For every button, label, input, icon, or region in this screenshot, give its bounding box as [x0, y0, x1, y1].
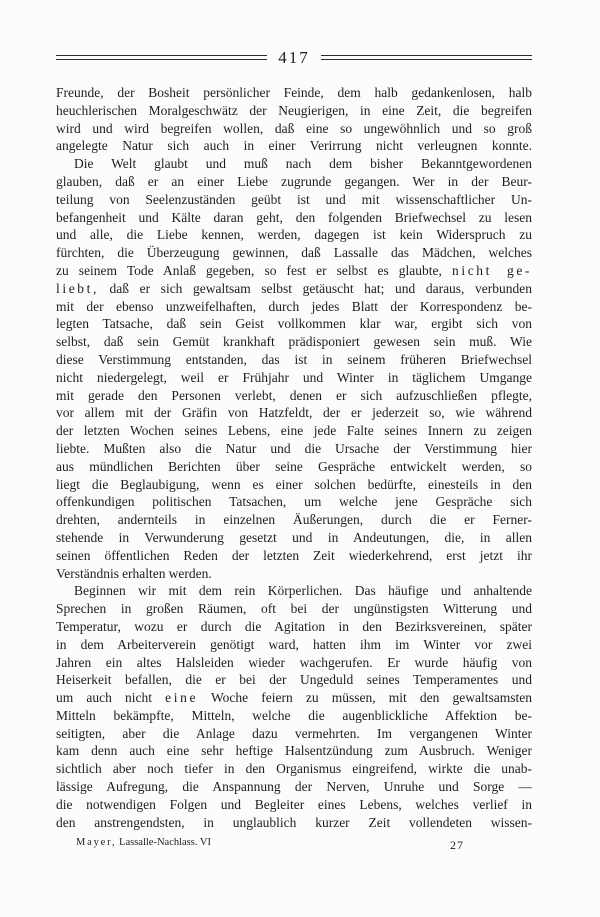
text-line: zu seinem Tode Anlaß gegeben, so fest er… [56, 262, 532, 280]
text-line: heuchlerischen Moralgeschwätz der Neugie… [56, 102, 532, 120]
text-line: fürchten, die Überzeugung gewinnen, daß … [56, 244, 532, 262]
text-line: diese Verstimmung entstanden, das ist in… [56, 351, 532, 369]
text-line: kam denn auch eine sehr heftige Halsentz… [56, 742, 532, 760]
header-rule-right [321, 55, 532, 60]
text-line: der letzten Wochen seines Lebens, eine j… [56, 422, 532, 440]
text-line: teilung von Seelenzuständen geübt ist un… [56, 191, 532, 209]
text-line: glauben, daß er an einer Liebe zugrunde … [56, 173, 532, 191]
text-line: angelegte Natur sich auch in einer Verir… [56, 137, 532, 155]
text-line: mit gerade den Personen verlebt, denen e… [56, 387, 532, 405]
text-line: selbst, daß sein Gemüt krankhaft prädisp… [56, 333, 532, 351]
page-header: 417 [56, 46, 532, 68]
text-line: liebt, daß er sich gewaltsam selbst getä… [56, 280, 532, 298]
text-line: vor allem mit der Gräfin von Hatzfeldt, … [56, 404, 532, 422]
page-number: 417 [278, 47, 310, 69]
text-line: Temperatur, wozu er durch die Agitation … [56, 618, 532, 636]
text-line: seinen öffentlichen Reden der letzten Ze… [56, 547, 532, 565]
footer-author: Mayer, [76, 837, 116, 848]
text-line: Freunde, der Bosheit persönlicher Feinde… [56, 84, 532, 102]
text-line: nicht niedergelegt, weil er Frühjahr und… [56, 369, 532, 387]
text-line: Sprechen in großen Räumen, oft bei der u… [56, 600, 532, 618]
paragraph: Beginnen wir mit dem rein Körperlichen. … [56, 582, 532, 831]
signature-line: Mayer, Lassalle-Nachlass. VI [76, 837, 211, 848]
body-text: Freunde, der Bosheit persönlicher Feinde… [56, 84, 532, 831]
text-line: lässige Aufregung, die Anspannung der Ne… [56, 778, 532, 796]
text-line: wird und wird begreifen wollen, daß eine… [56, 120, 532, 138]
text-line: Die Welt glaubt und muß nach dem bisher … [56, 155, 532, 173]
letterspaced-emphasis: nicht ge- [452, 263, 532, 278]
text-line: seitigten, aber die Anlage dazu vermehrt… [56, 725, 532, 743]
text-line: Heiserkeit befallen, die er bei der Unge… [56, 671, 532, 689]
text-line: Beginnen wir mit dem rein Körperlichen. … [56, 582, 532, 600]
text-line: liebte. Mußten also die Natur und die Ur… [56, 440, 532, 458]
text-line: und alle, die Liebe kennen, werden, dage… [56, 226, 532, 244]
book-page: 417 Freunde, der Bosheit persönlicher Fe… [0, 0, 600, 917]
text-line: offenkundigen politischen Tatsachen, um … [56, 493, 532, 511]
text-line: stehende in Verwunderung gesetzt und in … [56, 529, 532, 547]
text-line: Mitteln bekämpfte, Mitteln, welche die a… [56, 707, 532, 725]
text-line: die notwendigen Folgen und Begleiter ein… [56, 796, 532, 814]
text-line: Verständnis erhalten werden. [56, 565, 532, 583]
letterspaced-emphasis: liebt, [56, 281, 99, 296]
text-line: in dem Arbeiterverein genötigt ward, hat… [56, 636, 532, 654]
text-line: legten Tatsache, daß sein Geist vollkomm… [56, 315, 532, 333]
text-line: befangenheit und Kälte daran geht, den f… [56, 209, 532, 227]
text-line: sichtlich aber noch tiefer in den Organi… [56, 760, 532, 778]
text-line: um auch nicht eine Woche feiern zu müsse… [56, 689, 532, 707]
paragraph: Die Welt glaubt und muß nach dem bisher … [56, 155, 532, 582]
text-line: den anstrengendsten, in unglaublich kurz… [56, 814, 532, 832]
text-line: liegt die Beglaubigung, wenn es einer so… [56, 476, 532, 494]
page-footer: Mayer, Lassalle-Nachlass. VI 27 [56, 837, 532, 853]
footer-work-title: Lassalle-Nachlass. VI [116, 837, 211, 848]
text-line: mit der ebenso unzweifelhaften, durch je… [56, 298, 532, 316]
text-line: Jahren ein altes Halsleiden wieder wachg… [56, 654, 532, 672]
sheet-number: 27 [450, 838, 464, 853]
text-line: drehten, andernteils in einzelnen Äußeru… [56, 511, 532, 529]
text-line: aus mündlichen Berichten über seine Gesp… [56, 458, 532, 476]
paragraph: Freunde, der Bosheit persönlicher Feinde… [56, 84, 532, 155]
header-rule-left [56, 55, 267, 60]
letterspaced-emphasis: eine [165, 690, 198, 705]
